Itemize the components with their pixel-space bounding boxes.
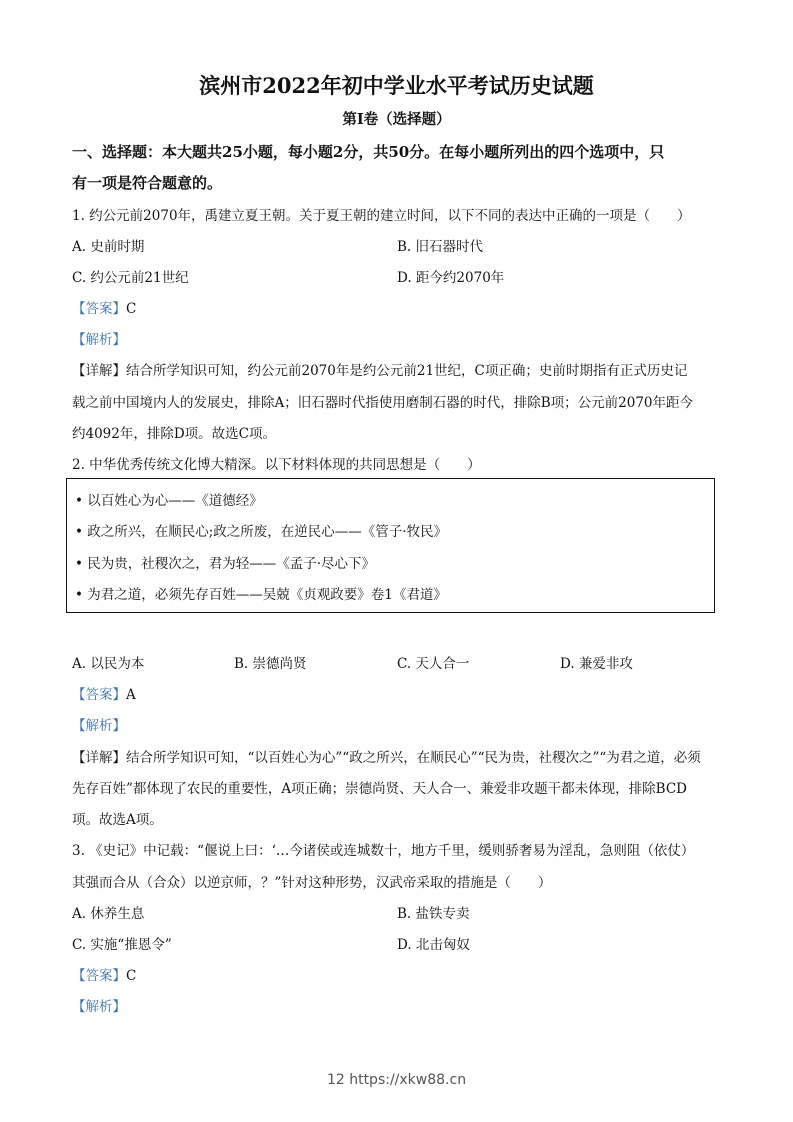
question-2-option-c: C. 天人合一 [397,652,469,672]
question-1-option-d: D. 距今约2070年 [397,266,504,286]
detail-text: 结合所学知识可知，“以百姓心为心”“政之所兴，在顺民心”“民为贵，社稷次之”“为… [126,750,701,766]
question-3-stem-line-1: 3. 《史记》中记载：“偃说上曰：‘…今诸侯或连城数十，地方千里，缓则骄奢易为淫… [72,839,694,859]
question-3-option-b: B. 盐铁专卖 [397,902,470,922]
page-title: 滨州市2022年初中学业水平考试历史试题 [0,70,793,100]
question-2-option-b: B. 崇德尚贤 [234,652,307,672]
material-item: • 政之所兴，在顺民心;政之所废，在逆民心——《管子·牧民》 [75,520,447,540]
answer-label: 【答案】 [72,687,126,703]
question-2-option-a: A. 以民为本 [72,652,144,672]
analysis-label: 【解析】 [72,995,126,1015]
section-heading-cont: 有一项是符合题意的。 [72,172,222,193]
answer-value: A [126,687,136,703]
question-1-detail-line-2: 载之前中国境内人的发展史，排除A；旧石器时代指使用磨制石器的时代，排除B项；公元… [72,391,693,411]
page-footer: 12 https://xkw88.cn [0,1072,793,1088]
section-heading: 一、选择题：本大题共25小题，每小题2分，共50分。在每小题所列出的四个选项中，… [72,141,664,162]
detail-text: 结合所学知识可知，约公元前2070年是约公元前21世纪，C项正确；史前时期指有正… [126,363,687,379]
question-3-stem-line-2: 其强而合从（合众）以逆京师，？”针对这种形势，汉武帝采取的措施是（ ） [72,871,551,891]
answer-value: C [126,301,136,317]
material-item: • 民为贵，社稷次之，君为轻——《孟子·尽心下》 [75,552,375,572]
question-2-detail-line-1: 【详解】结合所学知识可知，“以百姓心为心”“政之所兴，在顺民心”“民为贵，社稷次… [72,746,701,766]
material-item: • 为君之道，必须先存百姓——吴兢《贞观政要》卷1《君道》 [75,583,447,603]
detail-label: 【详解】 [72,750,126,766]
question-1-detail-line-3: 约4092年，排除D项。故选C项。 [72,422,276,442]
question-1-stem: 1. 约公元前2070年，禹建立夏王朝。关于夏王朝的建立时间，以下不同的表达中正… [72,204,691,224]
question-2-stem: 2. 中华优秀传统文化博大精深。以下材料体现的共同思想是（ ） [72,453,481,473]
question-3-option-c: C. 实施“推恩令” [72,933,172,953]
question-2-detail-line-3: 项。故选A项。 [72,808,163,828]
question-3-option-d: D. 北击匈奴 [397,933,470,953]
analysis-label: 【解析】 [72,328,126,348]
question-2-option-d: D. 兼爱非攻 [560,652,633,672]
detail-label: 【详解】 [72,363,126,379]
question-1-detail-line-1: 【详解】结合所学知识可知，约公元前2070年是约公元前21世纪，C项正确；史前时… [72,359,687,379]
question-2-detail-line-2: 先存百姓”都体现了农民的重要性，A项正确；崇德尚贤、天人合一、兼爱非攻题干都未体… [72,777,687,797]
question-1-option-a: A. 史前时期 [72,235,144,255]
section-subtitle: 第Ⅰ卷（选择题） [0,108,793,129]
question-1-option-c: C. 约公元前21世纪 [72,266,189,286]
material-box: • 以百姓心为心——《道德经》 • 政之所兴，在顺民心;政之所废，在逆民心——《… [66,478,715,613]
answer-value: C [126,968,136,984]
question-1-answer: 【答案】C [72,297,136,317]
analysis-label: 【解析】 [72,714,126,734]
answer-label: 【答案】 [72,301,126,317]
question-1-option-b: B. 旧石器时代 [397,235,483,255]
question-3-answer: 【答案】C [72,964,136,984]
answer-label: 【答案】 [72,968,126,984]
question-3-option-a: A. 休养生息 [72,902,144,922]
question-2-answer: 【答案】A [72,683,136,703]
material-item: • 以百姓心为心——《道德经》 [75,489,263,509]
